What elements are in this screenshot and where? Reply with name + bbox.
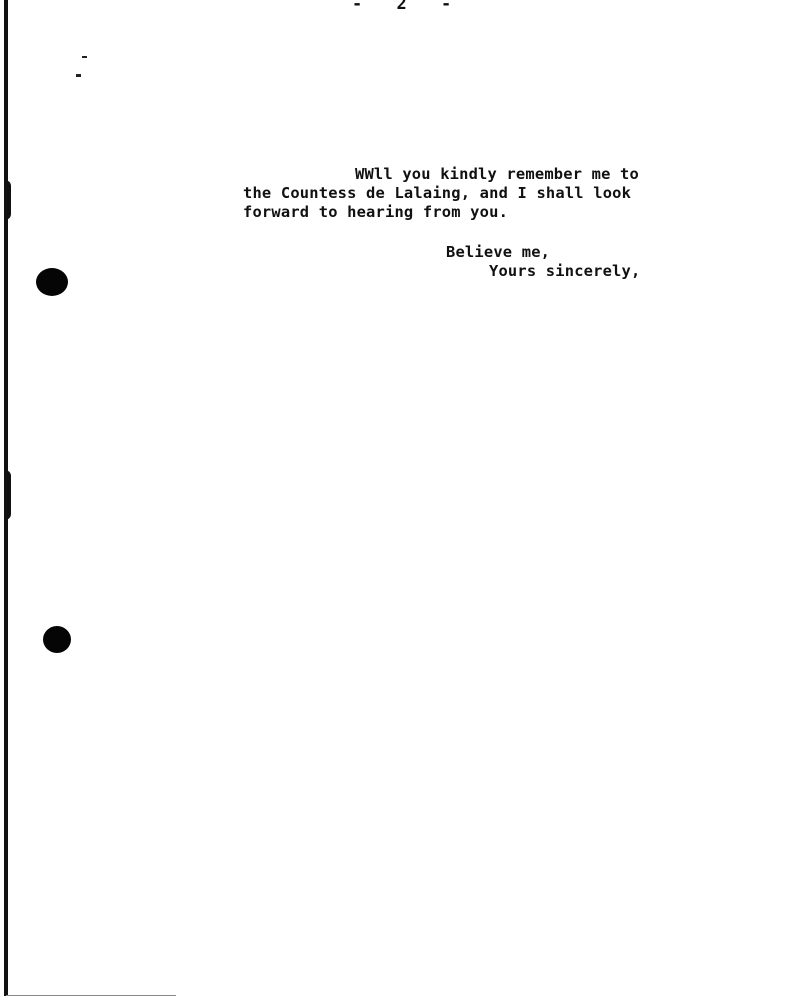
page-number: - 2 - <box>352 0 463 14</box>
page-edge-mark <box>5 180 11 220</box>
body-line-3: forward to hearing from you. <box>243 203 508 222</box>
signoff-line: Yours sincerely, <box>489 262 640 281</box>
page-bottom-edge <box>6 995 176 996</box>
closing-line: Believe me, <box>446 243 550 262</box>
punch-hole-bottom <box>43 626 71 653</box>
speck-mark <box>82 56 87 58</box>
document-page: - 2 - WWll you kindly remember me to the… <box>0 0 800 1000</box>
body-line-1: WWll you kindly remember me to <box>355 165 639 184</box>
punch-hole-top <box>36 268 68 296</box>
page-edge-mark <box>5 470 11 520</box>
body-line-2: the Countess de Lalaing, and I shall loo… <box>243 184 631 203</box>
speck-mark <box>76 74 81 77</box>
